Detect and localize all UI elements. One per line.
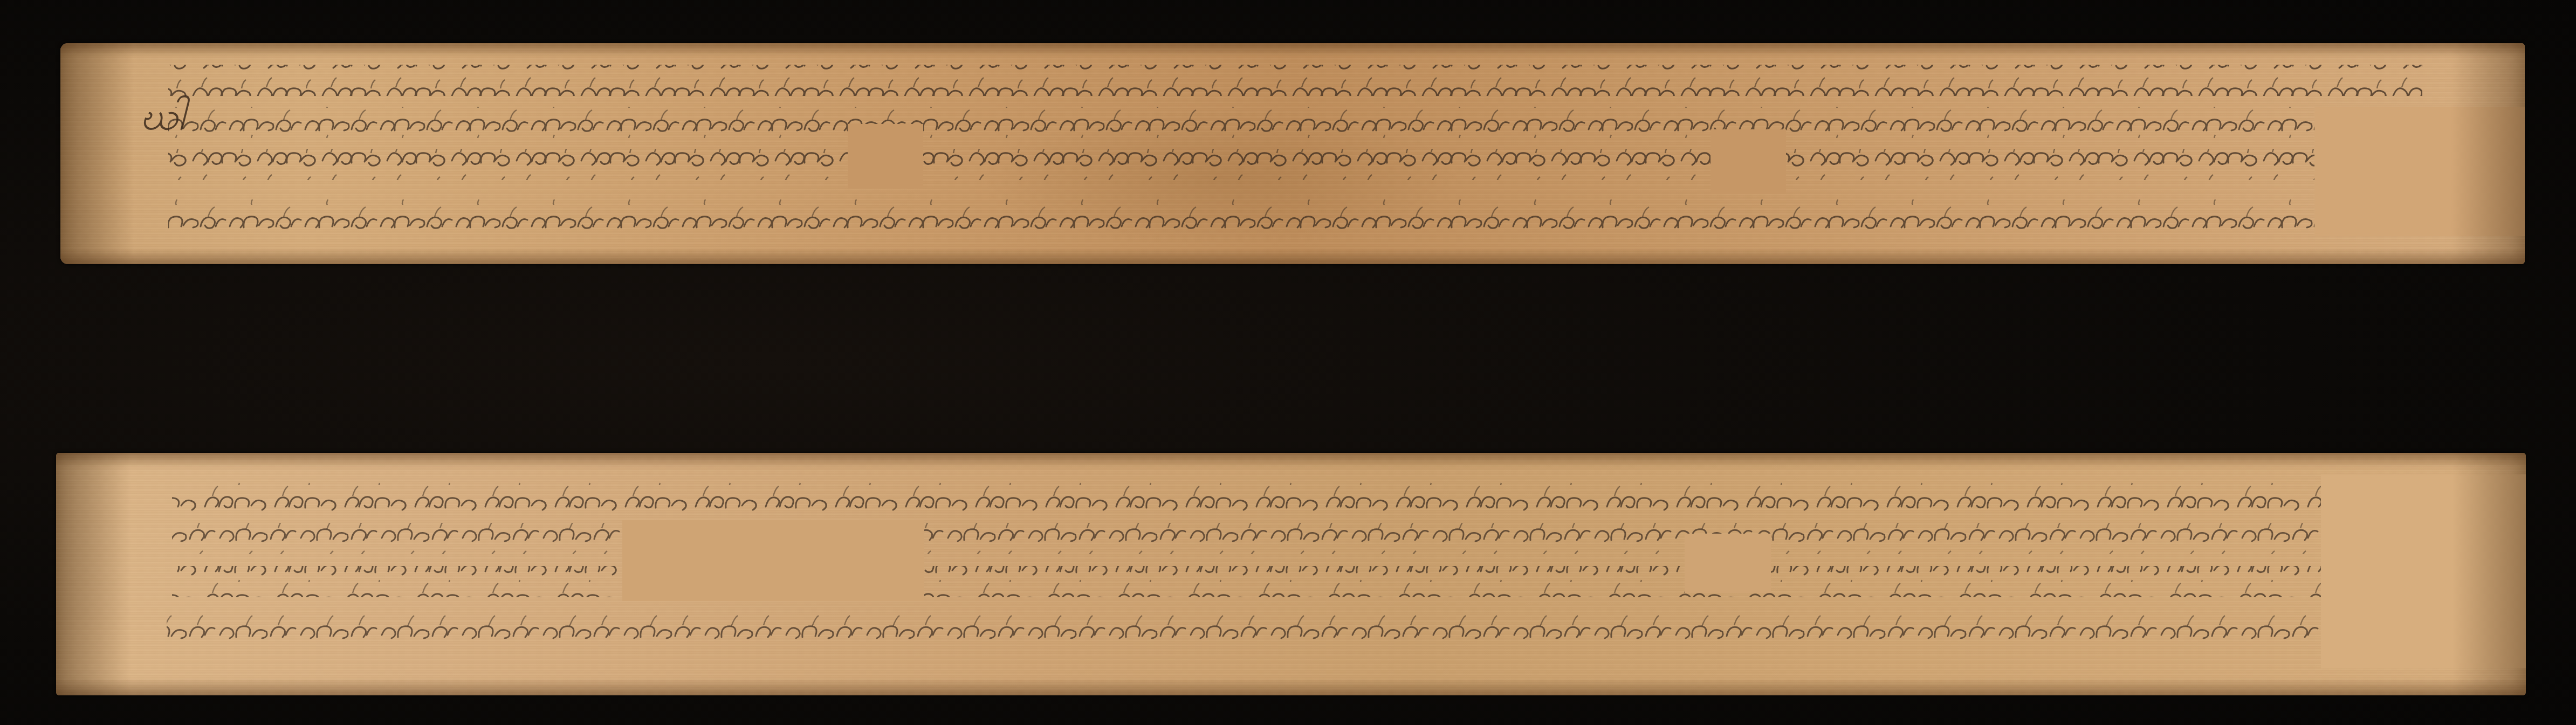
palm-leaf-folio-top: ဃါ: [60, 43, 2525, 264]
manuscript-script-lines: [60, 43, 2525, 264]
manuscript-script-lines: [56, 453, 2526, 695]
palm-leaf-folio-bottom: [56, 453, 2526, 695]
